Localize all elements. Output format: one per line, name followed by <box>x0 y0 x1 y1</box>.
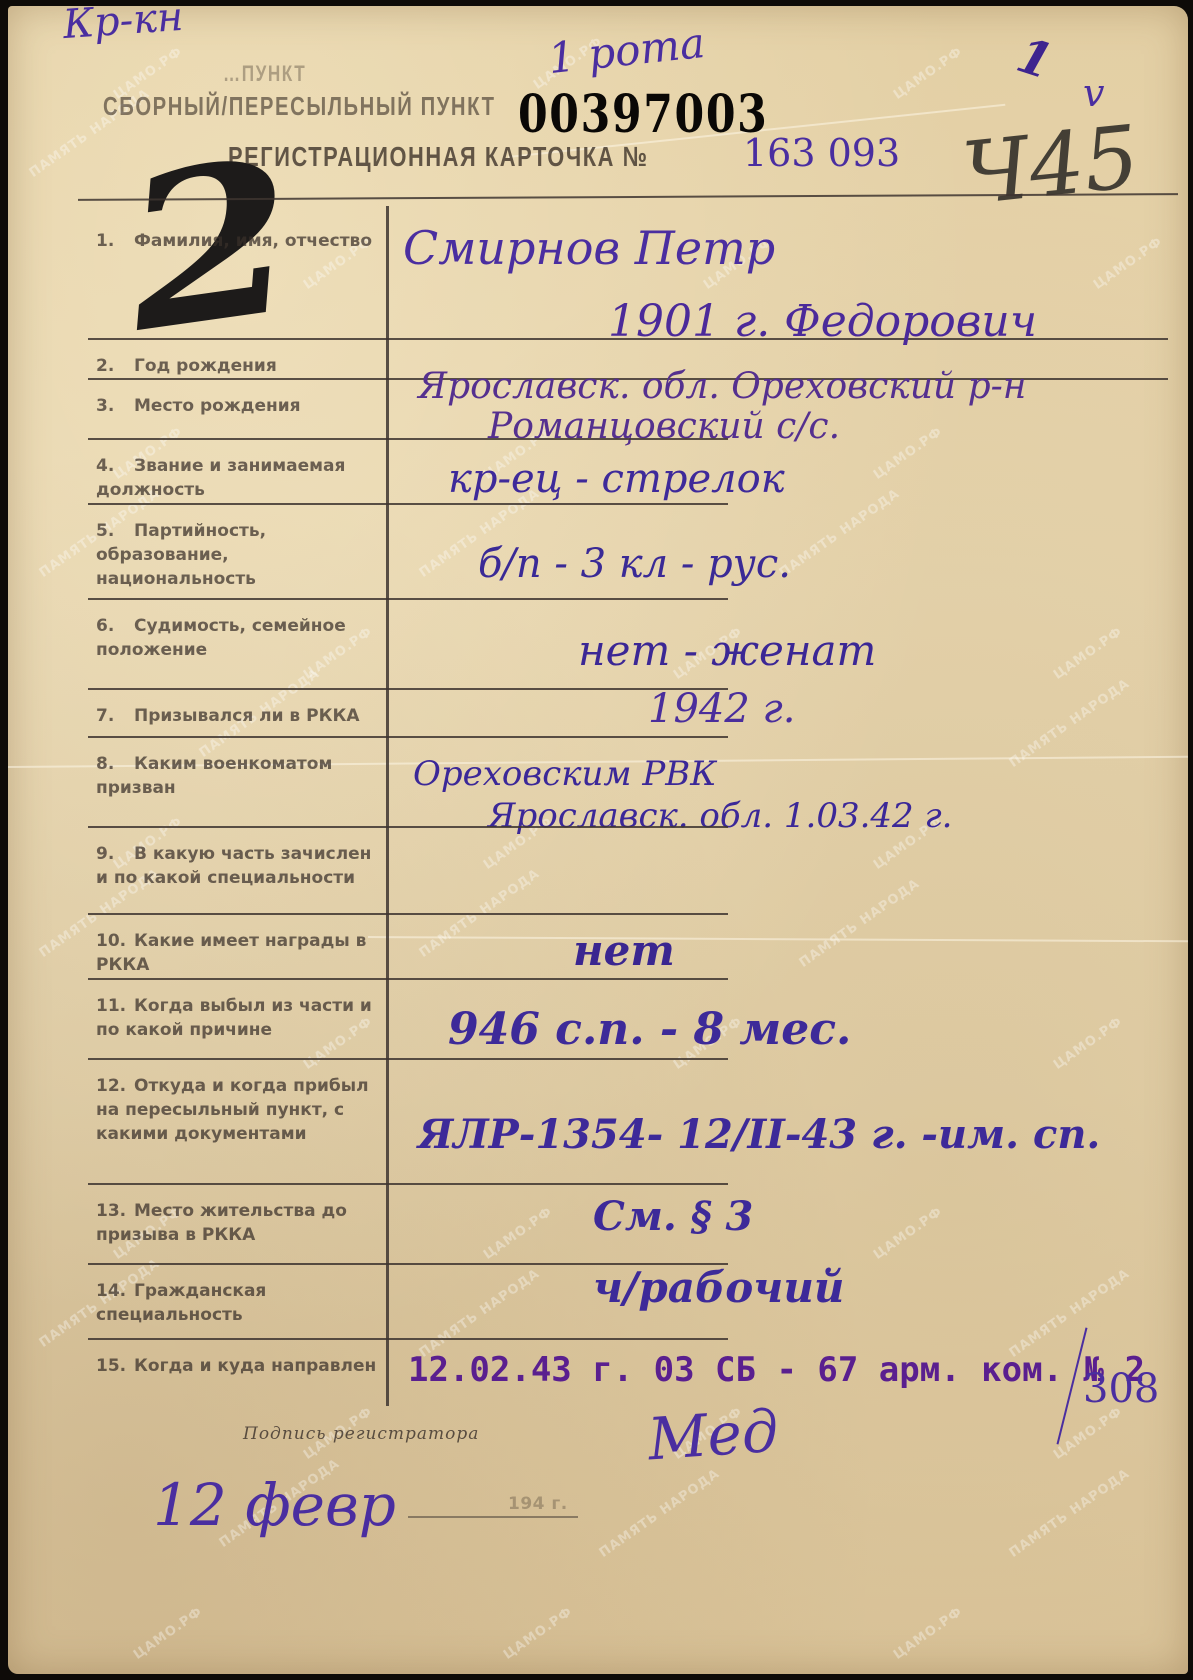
card-number: 163 093 <box>743 131 900 175</box>
field-value-extra: 308 <box>1083 1366 1159 1412</box>
field-number: 12. <box>96 1074 134 1098</box>
row-rule <box>88 978 728 980</box>
watermark: ПАМЯТЬ НАРОДА <box>777 486 903 581</box>
row-rule <box>88 1058 728 1060</box>
field-label: 9.В какую часть зачислен и по какой спец… <box>96 842 386 890</box>
date-rule <box>408 1516 578 1518</box>
row-rule <box>88 438 728 440</box>
field-value: См. § 3 <box>593 1193 753 1240</box>
watermark: ПАМЯТЬ НАРОДА <box>1007 1266 1133 1361</box>
watermark: ЦАМО.РФ <box>891 44 966 102</box>
field-value: нет <box>573 926 675 975</box>
form-title: РЕГИСТРАЦИОННАЯ КАРТОЧКА № <box>228 141 649 173</box>
field-label: 3.Место рождения <box>96 394 386 418</box>
field-label-text: Фамилия, имя, отчество <box>134 231 372 251</box>
field-label-text: В какую часть зачислен и по какой специа… <box>96 844 371 888</box>
company-note: 1 рота <box>546 18 707 83</box>
row-rule <box>88 736 728 738</box>
field-label: 15.Когда и куда направлен <box>96 1354 386 1378</box>
watermark: ЦАМО.РФ <box>131 1604 206 1662</box>
field-number: 10. <box>96 929 134 953</box>
row-rule <box>88 913 728 915</box>
field-label: 7.Призывался ли в РККА <box>96 704 386 728</box>
watermark: ПАМЯТЬ НАРОДА <box>417 1266 543 1361</box>
row-rule <box>88 1338 728 1340</box>
field-label-text: Когда и куда направлен <box>134 1356 376 1376</box>
field-number: 14. <box>96 1279 134 1303</box>
field-number: 7. <box>96 704 134 728</box>
pencil-signature: Ч45 <box>958 107 1143 225</box>
watermark: ЦАМО.РФ <box>1051 624 1126 682</box>
field-value: Смирнов Петр <box>403 221 775 275</box>
field-label-text: Место рождения <box>134 396 301 416</box>
field-number: 2. <box>96 354 134 378</box>
watermark: ЦАМО.РФ <box>481 1204 556 1262</box>
field-label-text: Судимость, семейное положение <box>96 616 346 660</box>
registrar-signature: Мед <box>646 1397 781 1474</box>
field-label: 14.Гражданская специальность <box>96 1279 386 1327</box>
field-value: 946 с.п. - 8 мес. <box>448 1004 851 1055</box>
stamp-line-1: …ПУНКТ <box>223 61 306 87</box>
field-value: кр-ец - стрелок <box>448 456 785 502</box>
field-label: 4.Звание и занимаемая должность <box>96 454 386 502</box>
field-number: 5. <box>96 519 134 543</box>
field-value-continued: Романцовский с/с. <box>488 406 840 447</box>
row-rule <box>88 688 728 690</box>
mark-check: v <box>1083 71 1104 115</box>
row-rule <box>88 1183 728 1185</box>
watermark: ЦАМО.РФ <box>1051 1014 1126 1072</box>
row-rule <box>88 503 728 505</box>
field-value: 1942 г. <box>648 686 795 732</box>
field-label-text: Год рождения <box>134 356 277 376</box>
field-number: 15. <box>96 1354 134 1378</box>
top-left-note: Кр-кн <box>62 0 185 48</box>
row-rule <box>88 826 728 828</box>
watermark: ЦАМО.РФ <box>501 1604 576 1662</box>
field-value-continued: Ярославск. обл. 1.03.42 г. <box>488 796 952 836</box>
watermark: ЦАМО.РФ <box>1091 234 1166 292</box>
field-number: 11. <box>96 994 134 1018</box>
registration-card: ЦАМО.РФ ПАМЯТЬ НАРОДА ЦАМО.РФ ЦАМО.РФ ЦА… <box>8 6 1188 1674</box>
field-number: 6. <box>96 614 134 638</box>
serial-number: 00397003 <box>518 84 768 145</box>
watermark: ЦАМО.РФ <box>871 424 946 482</box>
field-label: 6.Судимость, семейное положение <box>96 614 386 662</box>
date-handwritten: 12 февр <box>153 1471 396 1539</box>
field-label: 11.Когда выбыл из части и по какой причи… <box>96 994 386 1042</box>
field-label-text: Звание и занимаемая должность <box>96 456 345 500</box>
field-label-text: Призывался ли в РККА <box>134 706 360 726</box>
year-printed: 194 г. <box>508 1494 568 1514</box>
field-value: ч/рабочий <box>593 1263 844 1312</box>
row-rule <box>88 598 728 600</box>
watermark: ЦАМО.РФ <box>891 1604 966 1662</box>
field-number: 13. <box>96 1199 134 1223</box>
field-label-text: Откуда и когда прибыл на пересыльный пун… <box>96 1076 369 1144</box>
field-value: Ореховским РВК <box>413 754 717 794</box>
paper-crease <box>368 936 1188 942</box>
field-number: 9. <box>96 842 134 866</box>
field-value: 1901 г. Федорович <box>608 296 1037 347</box>
signature-label: Подпись регистратора <box>243 1424 479 1444</box>
stamp-line-2: СБОРНЫЙ/ПЕРЕСЫЛЬНЫЙ ПУНКТ <box>103 91 496 122</box>
field-label-text: Место жительства до призыва в РККА <box>96 1201 347 1245</box>
field-value: ЯЛР-1354- 12/II-43 г. -им. сп. <box>418 1111 1100 1158</box>
field-value: Ярославск. обл. Ореховский р-н <box>418 366 1026 407</box>
field-label: 10.Какие имеет награды в РККА <box>96 929 386 977</box>
watermark: ЦАМО.РФ <box>1051 1404 1126 1462</box>
field-number: 8. <box>96 752 134 776</box>
field-label: 5.Партийность, образование, национальнос… <box>96 519 386 591</box>
mark-one: 1 <box>1010 27 1059 91</box>
watermark: ЦАМО.РФ <box>871 1204 946 1262</box>
field-label: 2.Год рождения <box>96 354 386 378</box>
field-label: 1.Фамилия, имя, отчество <box>96 229 386 253</box>
watermark: ПАМЯТЬ НАРОДА <box>597 1466 723 1561</box>
watermark: ПАМЯТЬ НАРОДА <box>1007 1466 1133 1561</box>
column-divider <box>386 206 389 1406</box>
field-value: 12.02.43 г. 03 СБ - 67 арм. ком. № 2 <box>408 1350 1145 1390</box>
field-value: б/п - 3 кл - рус. <box>478 541 791 587</box>
field-number: 3. <box>96 394 134 418</box>
field-label: 8.Каким военкоматом призван <box>96 752 386 800</box>
watermark: ПАМЯТЬ НАРОДА <box>797 876 923 971</box>
field-label-text: Когда выбыл из части и по какой причине <box>96 996 372 1040</box>
field-label-text: Какие имеет награды в РККА <box>96 931 366 975</box>
field-number: 4. <box>96 454 134 478</box>
field-value: нет - женат <box>578 626 876 675</box>
field-label: 13.Место жительства до призыва в РККА <box>96 1199 386 1247</box>
field-label: 12.Откуда и когда прибыл на пересыльный … <box>96 1074 386 1146</box>
field-number: 1. <box>96 229 134 253</box>
